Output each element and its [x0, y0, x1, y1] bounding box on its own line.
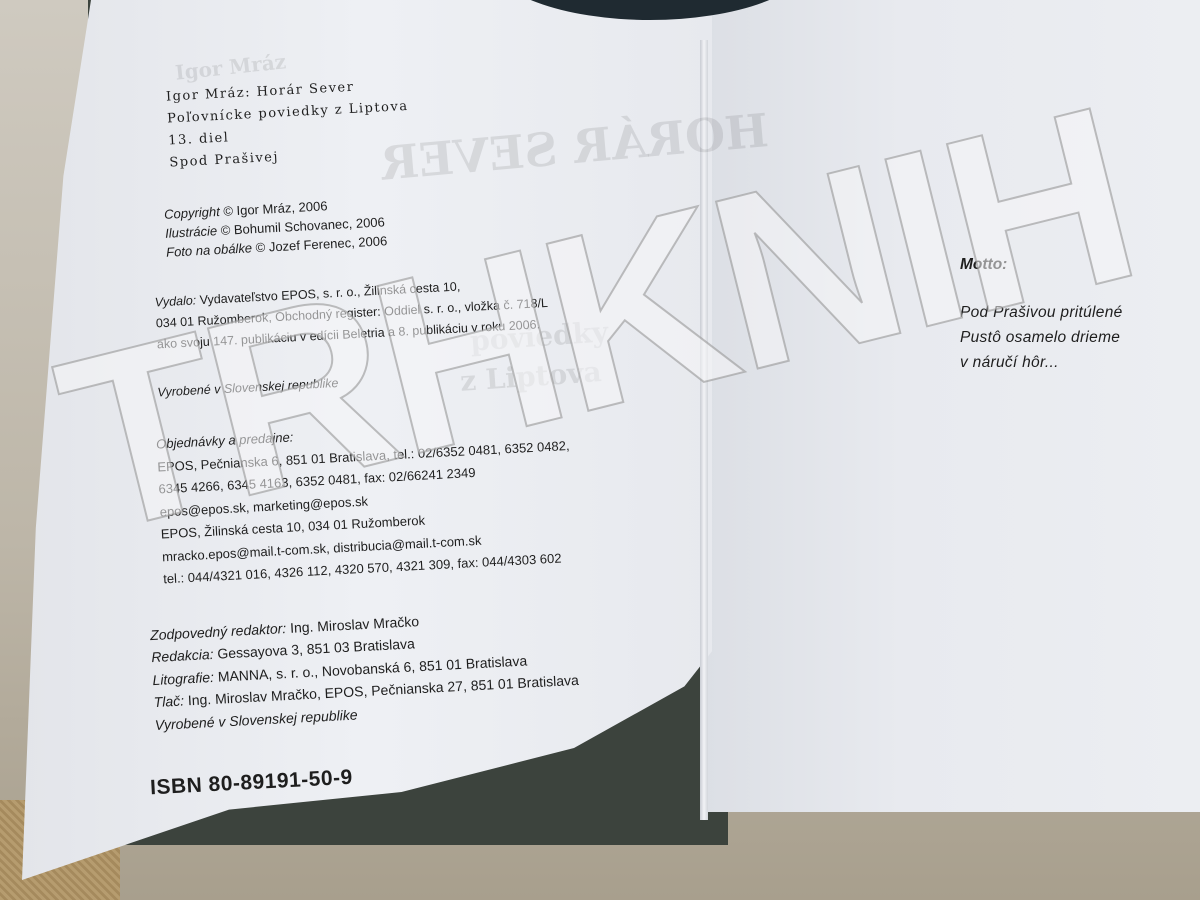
- right-page: [705, 0, 1200, 812]
- book-title-block: Igor Mráz: Horár Sever Poľovnícke povied…: [165, 60, 685, 175]
- motto-line: Pod Prašivou pritúlené: [960, 300, 1123, 325]
- editor-value: Ing. Miroslav Mračko: [290, 613, 420, 636]
- editorial-label: Redakcia:: [151, 646, 214, 665]
- publisher-block: Vydalo: Vydavateľstvo EPOS, s. r. o., Ži…: [154, 264, 695, 355]
- cover-photo-label: Foto na obálke: [166, 240, 253, 259]
- publisher-label: Vydalo:: [154, 293, 196, 309]
- motto-block: Motto: Pod Prašivou pritúlené Pustô osam…: [960, 256, 1123, 375]
- copyright-page-content: Igor Mráz: Horár Sever Poľovnícke povied…: [100, 30, 718, 801]
- credits-block: Zodpovedný redaktor: Ing. Miroslav Mračk…: [150, 594, 715, 736]
- copyright-block: Copyright © Igor Mráz, 2006 Ilustrácie ©…: [164, 177, 690, 261]
- illustrations-label: Ilustrácie: [165, 223, 218, 241]
- motto-title: Motto:: [960, 256, 1123, 274]
- print-label: Tlač:: [153, 692, 184, 710]
- lithography-label: Litografie:: [152, 668, 214, 687]
- made-in-slovakia: Vyrobené v Slovenskej republike: [157, 357, 697, 399]
- orders-block: Objednávky a predajne: EPOS, Pečnianska …: [156, 405, 707, 591]
- copyright-label: Copyright: [164, 204, 220, 222]
- motto-line: Pustô osamelo drieme: [960, 325, 1123, 350]
- cover-photo-value: © Jozef Ferenec, 2006: [255, 233, 387, 255]
- motto-line: v náručí hôr...: [960, 350, 1123, 375]
